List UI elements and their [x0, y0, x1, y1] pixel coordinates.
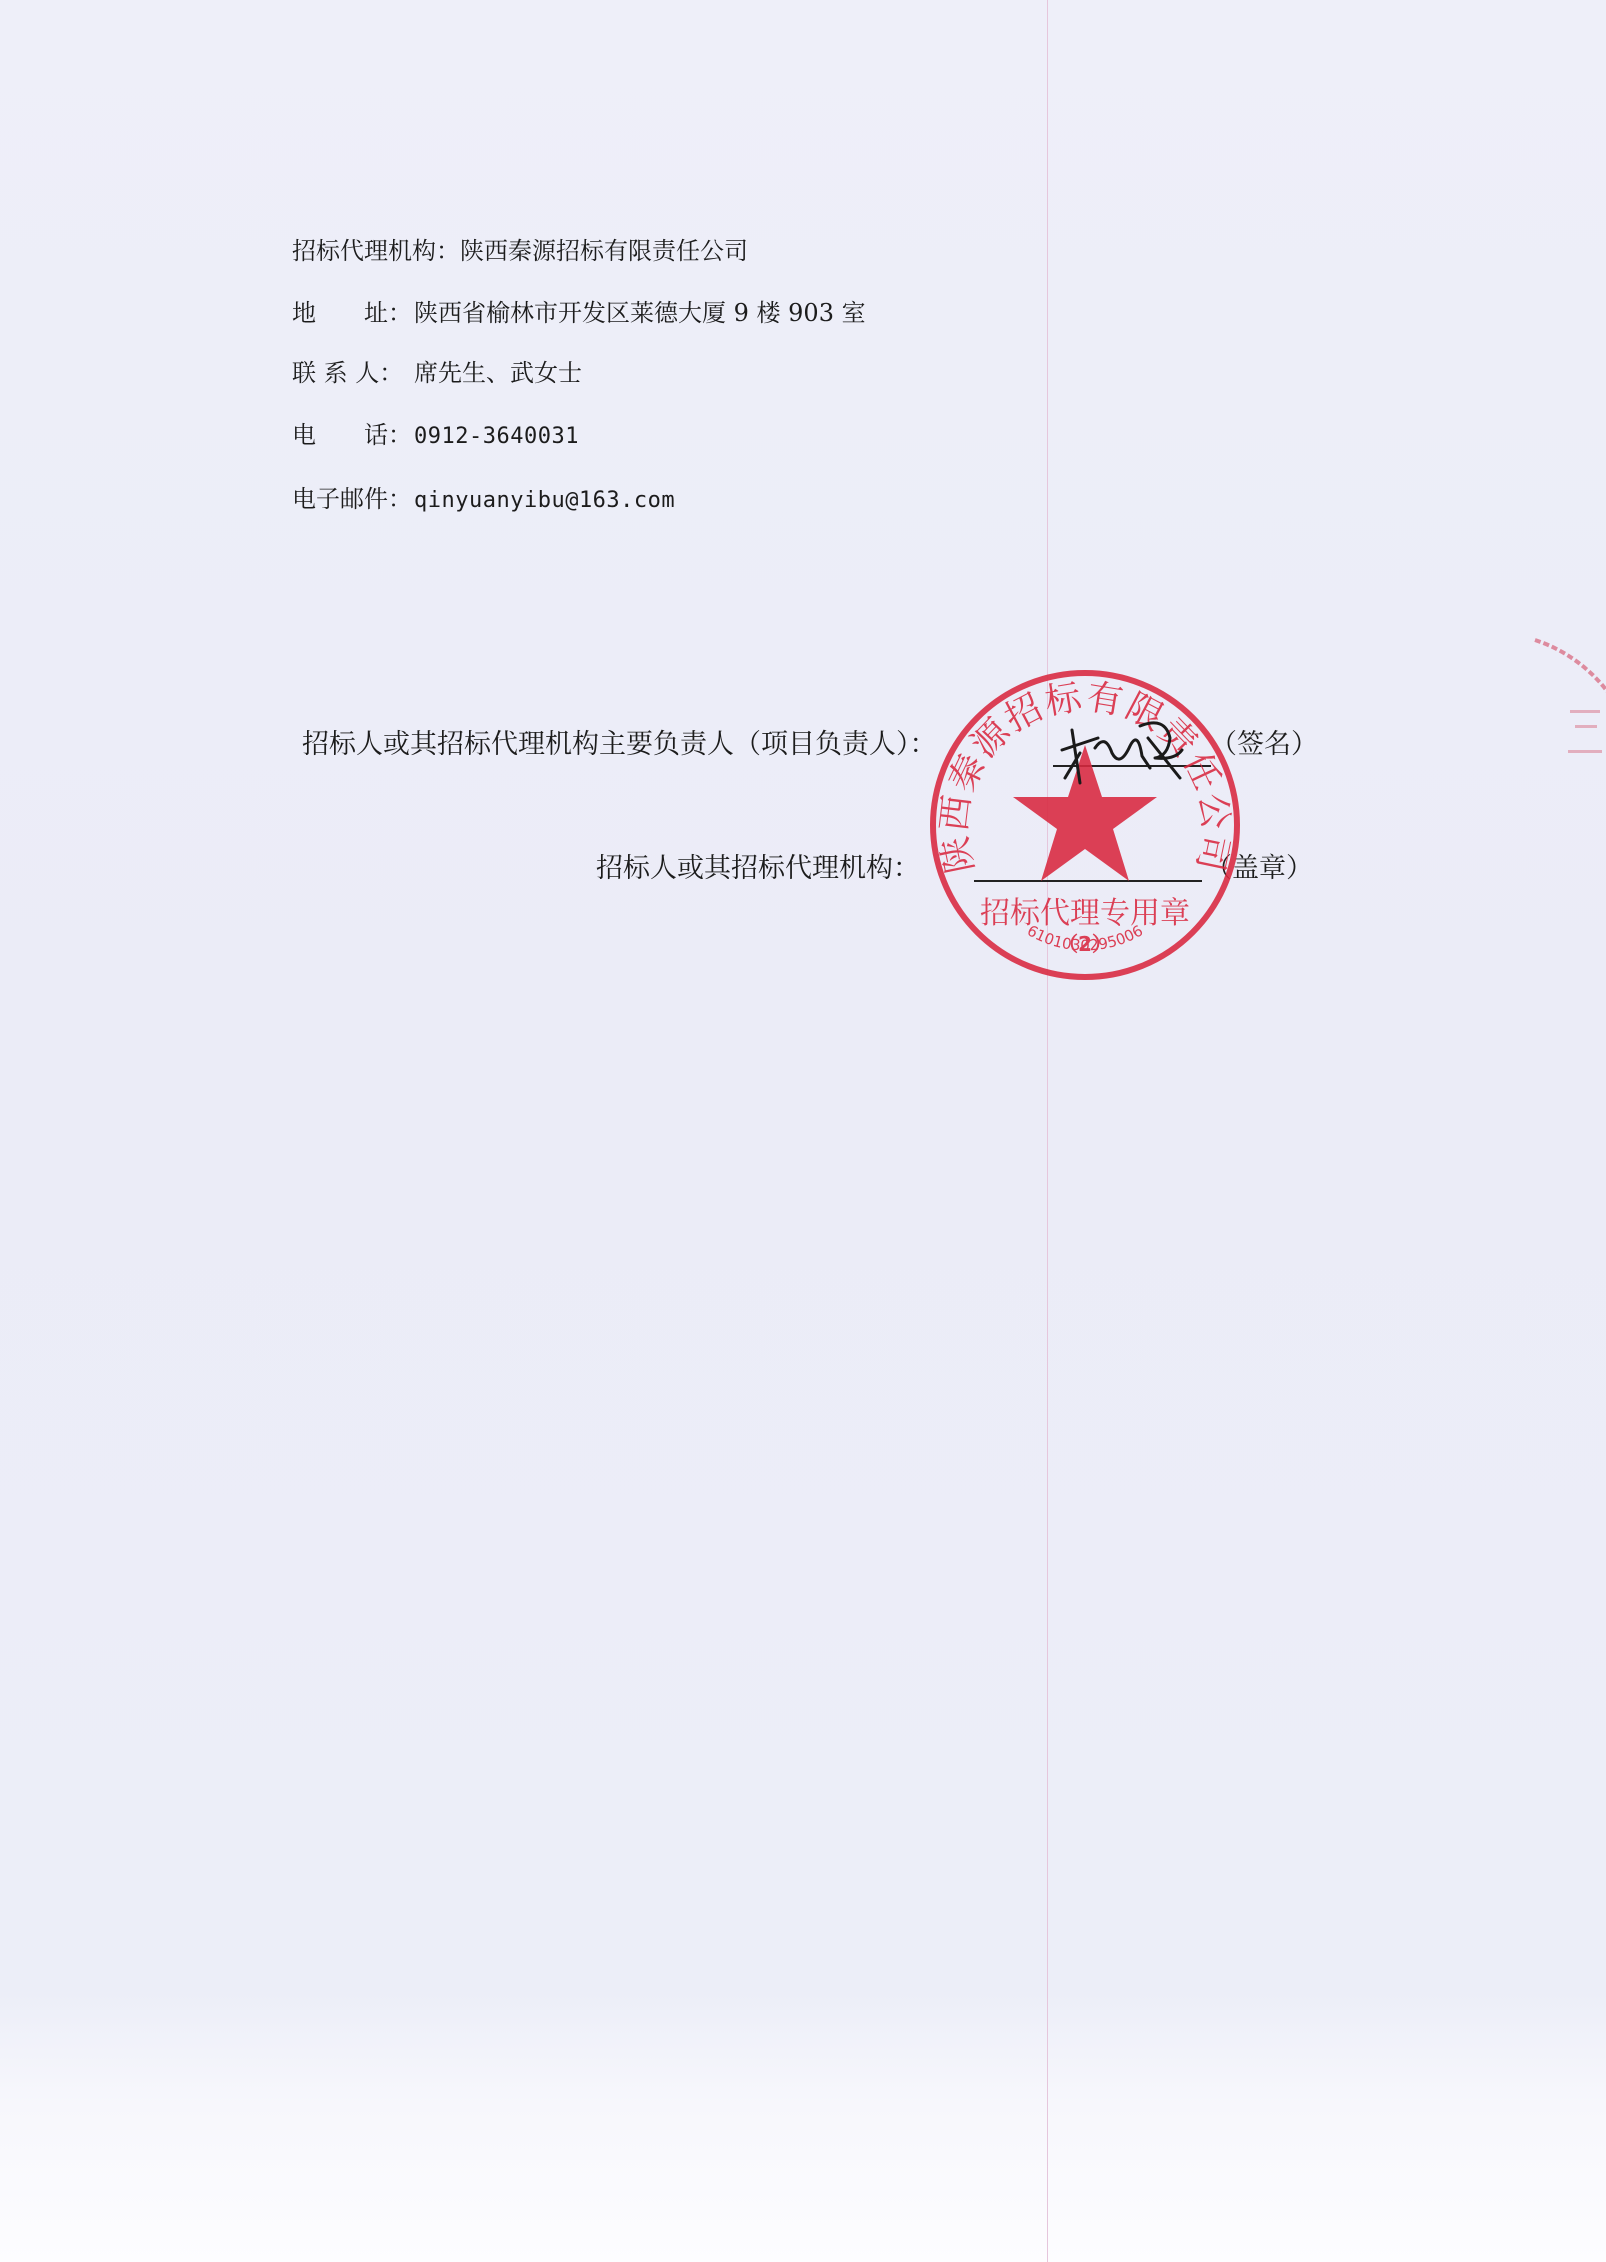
- address-value: 陕西省榆林市开发区莱德大厦 9 楼 903 室: [414, 299, 866, 327]
- paper-fold-line: [1047, 0, 1048, 2262]
- email-label: 电子邮件：: [292, 484, 414, 514]
- address-label: 地 址：: [292, 298, 414, 328]
- phone-label: 电 话：: [292, 420, 414, 450]
- phone-value: 0912-3640031: [414, 424, 579, 449]
- agency-value: 陕西秦源招标有限责任公司: [460, 237, 748, 265]
- partial-seal-stamp: [1530, 600, 1606, 900]
- agency-label: 招标代理机构：: [292, 237, 460, 265]
- agency-row: 招标代理机构：陕西秦源招标有限责任公司: [292, 236, 748, 266]
- email-row: 电子邮件：qinyuanyibu@163.com: [292, 484, 675, 516]
- contacts-row: 联 系 人：席先生、武女士: [292, 358, 582, 388]
- responsible-person-label: 招标人或其招标代理机构主要负责人（项目负责人）：: [302, 728, 937, 762]
- phone-row: 电 话：0912-3640031: [292, 420, 579, 452]
- seal-center-text: 招标代理专用章: [980, 896, 1190, 931]
- contacts-label: 联 系 人：: [292, 358, 414, 388]
- handwritten-signature: [1050, 708, 1200, 788]
- contacts-value: 席先生、武女士: [414, 359, 582, 387]
- email-value: qinyuanyibu@163.com: [414, 488, 675, 513]
- address-row: 地 址：陕西省榆林市开发区莱德大厦 9 楼 903 室: [292, 298, 866, 328]
- seal-label: 招标人或其招标代理机构：: [596, 852, 920, 886]
